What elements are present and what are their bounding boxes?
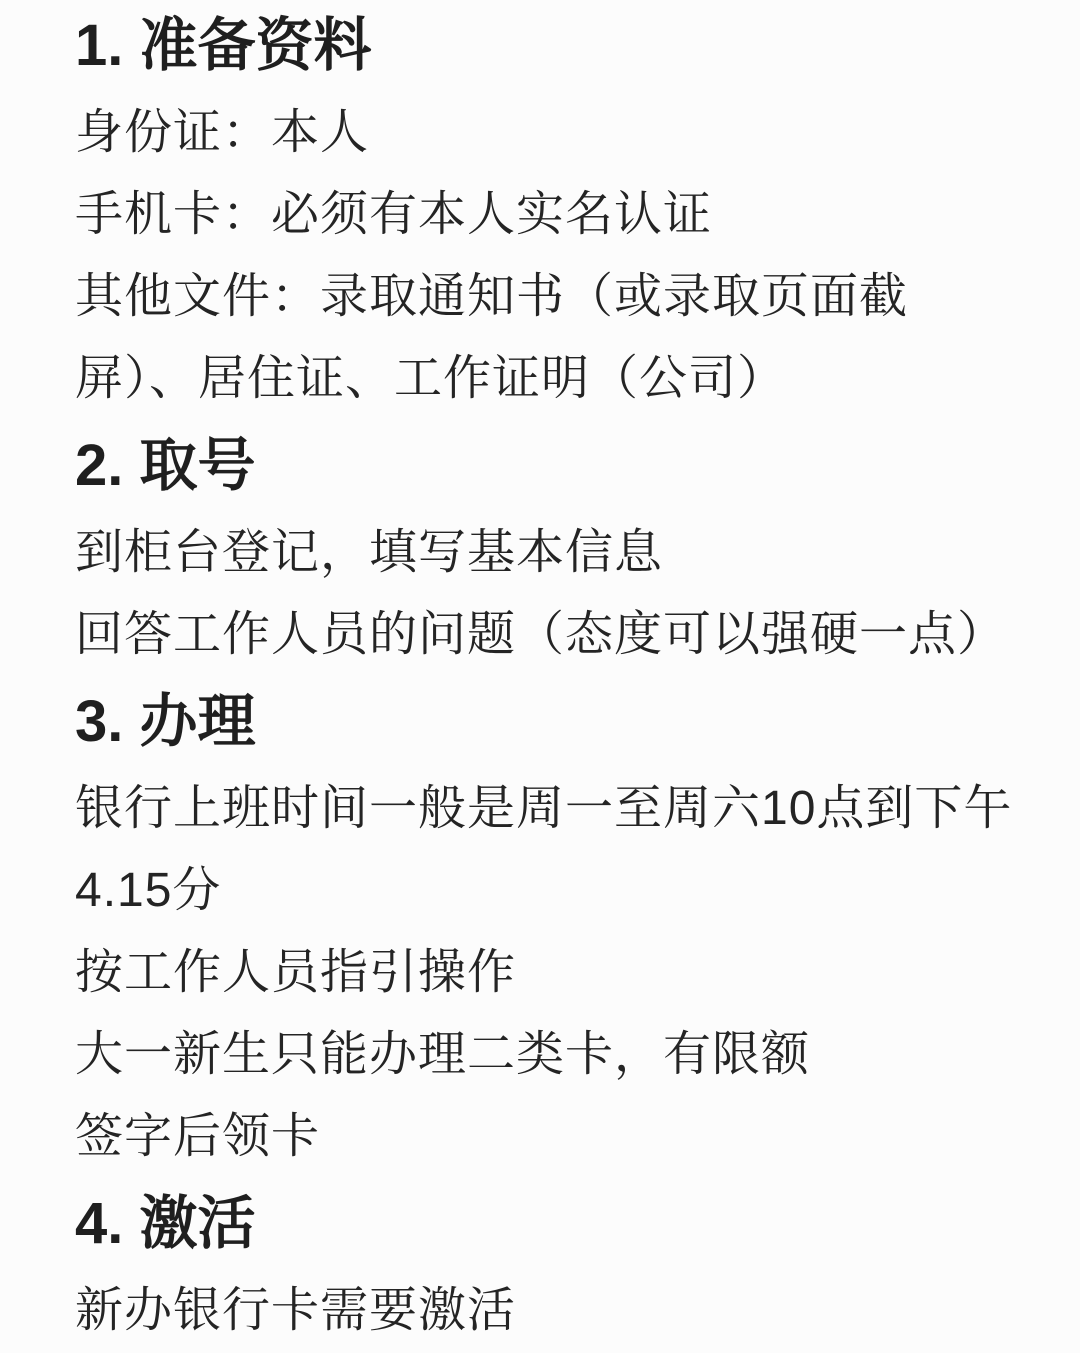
text-line-follow-staff: 按工作人员指引操作 bbox=[75, 932, 1060, 1014]
section-heading-process: 3. 办理 bbox=[75, 676, 1060, 768]
text-line-new-card-activate: 新办银行卡需要激活 bbox=[75, 1270, 1060, 1352]
text-line-other-documents-1: 其他文件：录取通知书（或录取页面截 bbox=[75, 256, 1060, 338]
text-line-answer-questions: 回答工作人员的问题（态度可以强硬一点） bbox=[75, 594, 1060, 676]
section-heading-activate: 4. 激活 bbox=[75, 1178, 1060, 1270]
section-heading-prepare-materials: 1. 准备资料 bbox=[75, 0, 1060, 92]
text-line-freshman-card-limit: 大一新生只能办理二类卡，有限额 bbox=[75, 1014, 1060, 1096]
text-line-id-card: 身份证：本人 bbox=[75, 92, 1060, 174]
text-line-bank-hours-1: 银行上班时间一般是周一至周六10点到下午 bbox=[75, 768, 1060, 850]
text-line-register-counter: 到柜台登记，填写基本信息 bbox=[75, 512, 1060, 594]
text-line-phone-card: 手机卡：必须有本人实名认证 bbox=[75, 174, 1060, 256]
text-line-sign-get-card: 签字后领卡 bbox=[75, 1096, 1060, 1178]
text-line-other-documents-2: 屏）、居住证、工作证明（公司） bbox=[75, 338, 1060, 420]
section-heading-take-number: 2. 取号 bbox=[75, 420, 1060, 512]
text-line-bank-hours-2: 4.15分 bbox=[75, 850, 1060, 932]
note-body: 1. 准备资料 身份证：本人 手机卡：必须有本人实名认证 其他文件：录取通知书（… bbox=[0, 0, 1080, 1353]
